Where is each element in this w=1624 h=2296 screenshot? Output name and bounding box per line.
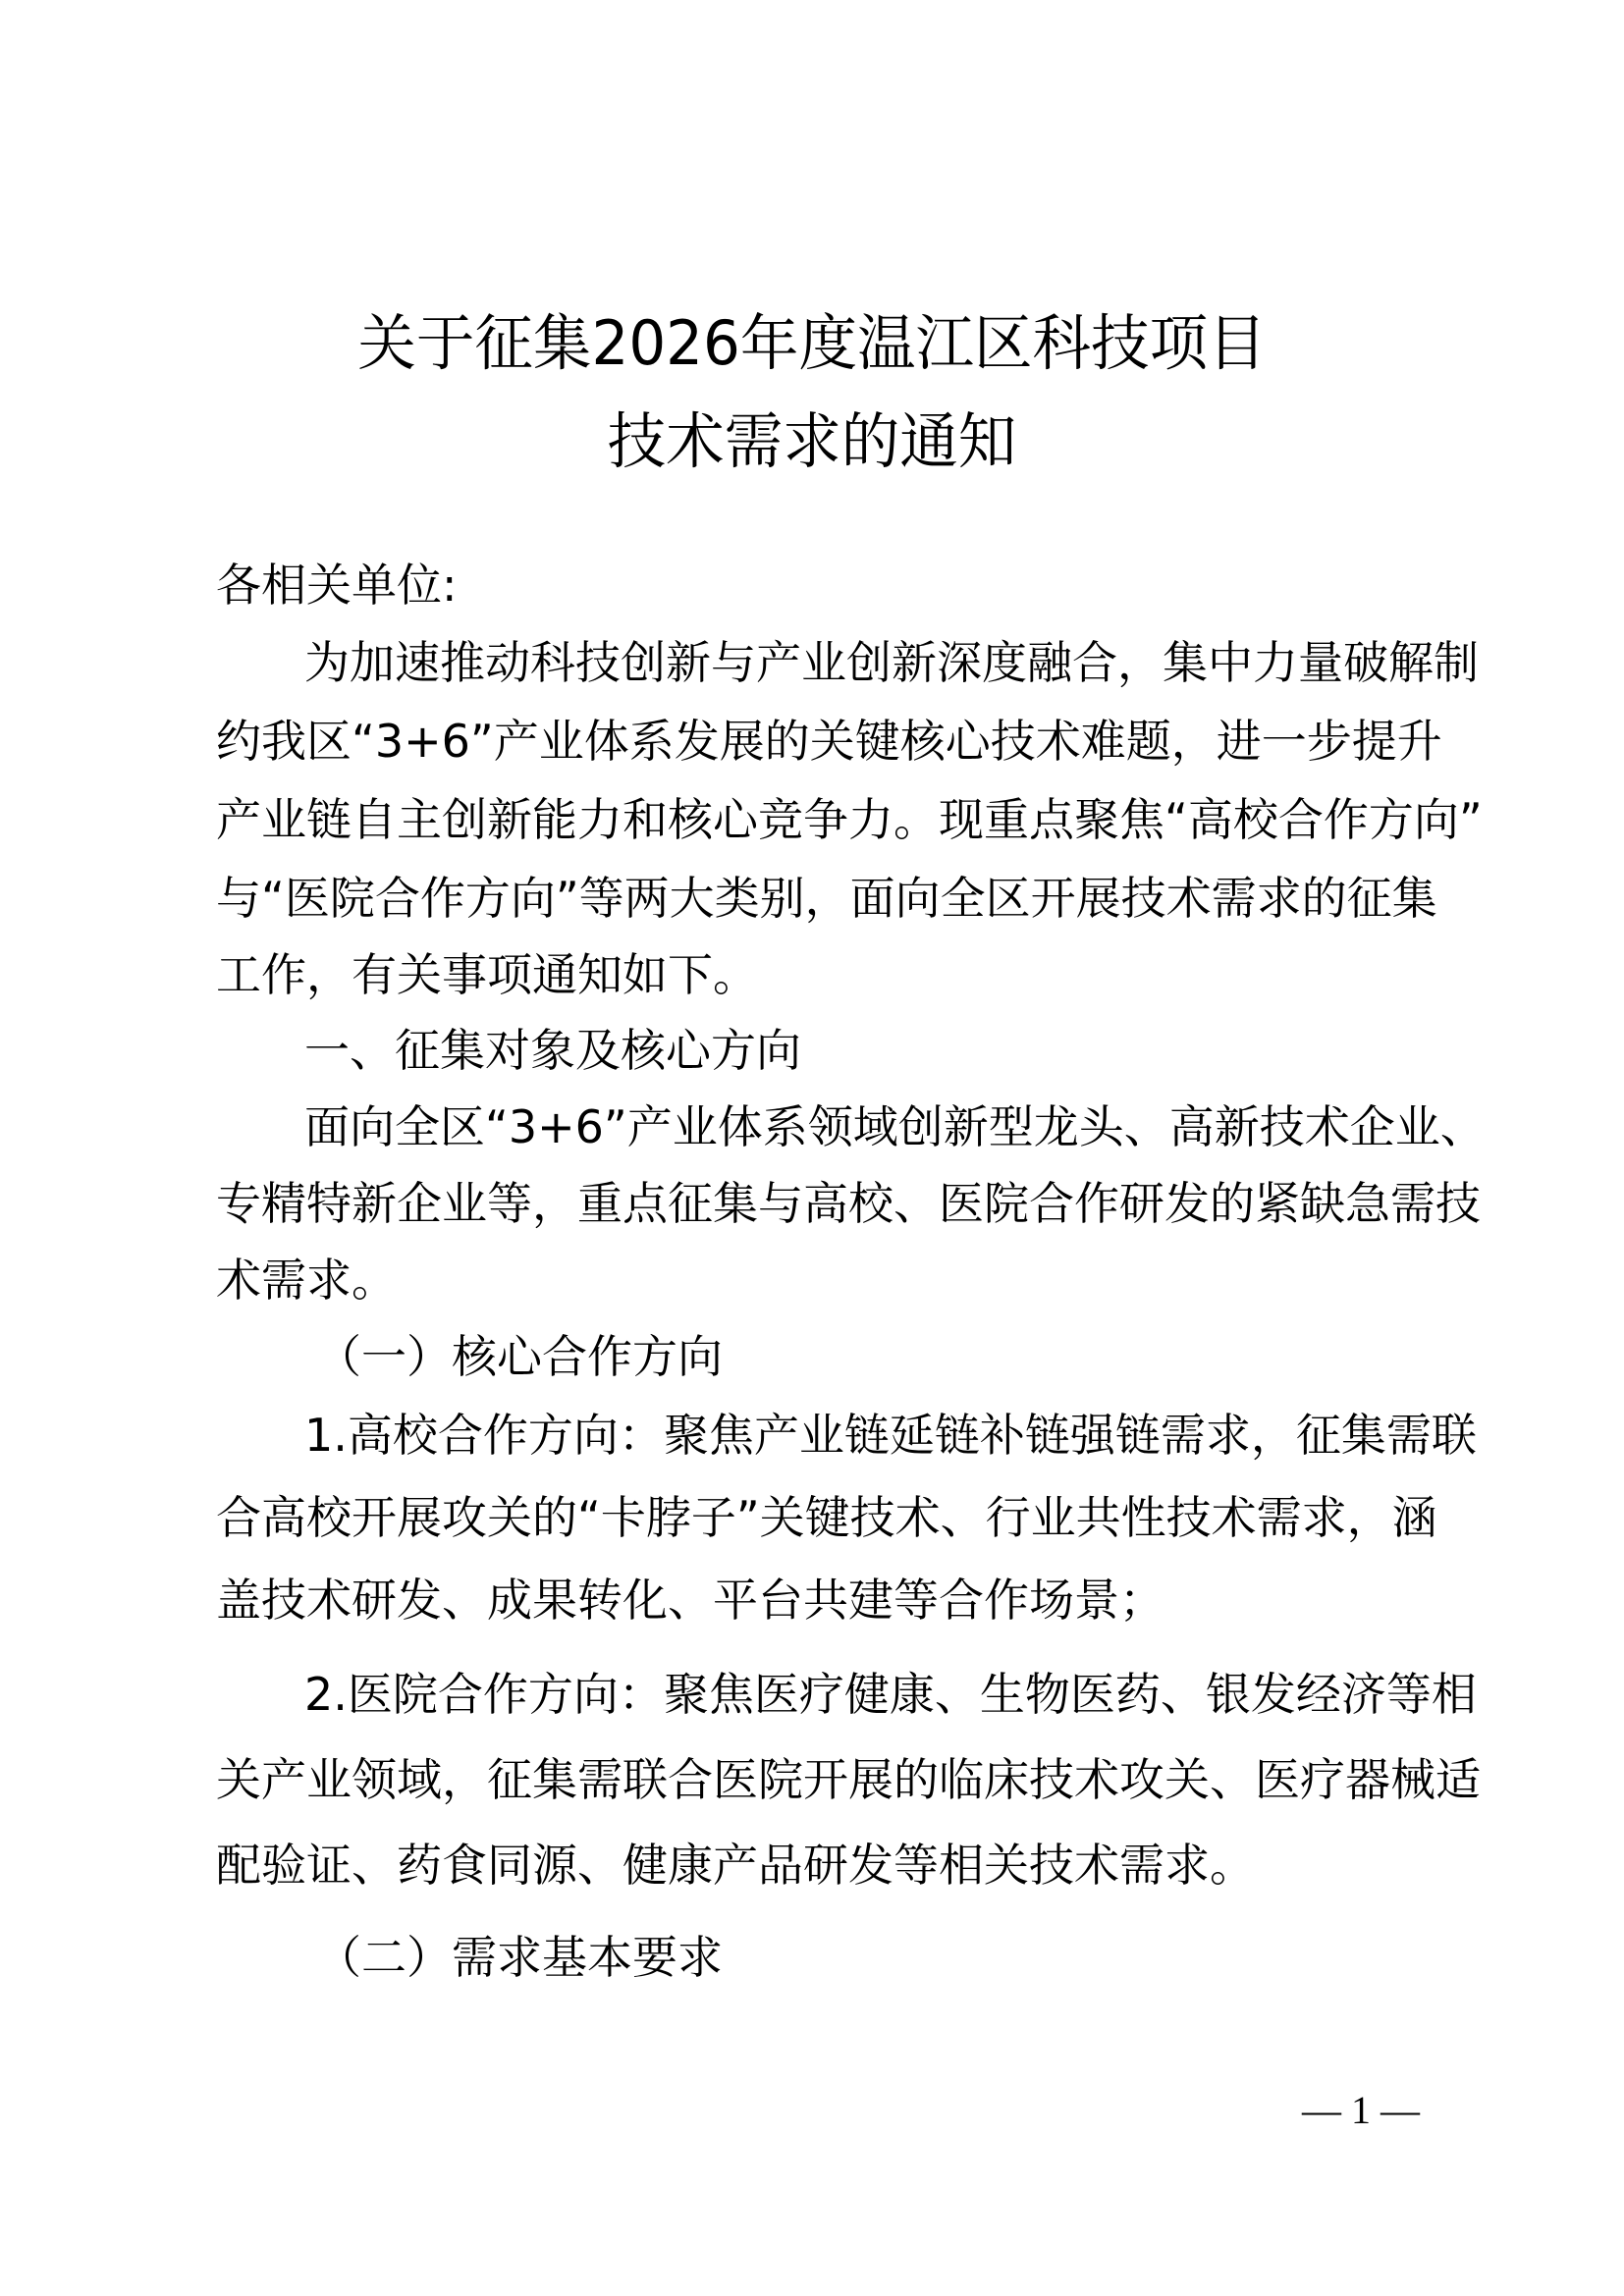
salutation: 各相关单位: xyxy=(216,556,1426,614)
item-1-line: 1.高校合作方向：聚焦产业链延链补链强链需求，征集需联 xyxy=(304,1406,1426,1465)
subsection-1-heading: （一）核心合作方向 xyxy=(316,1327,1426,1386)
item-1-line: 合高校开展攻关的“卡脖子”关键技术、行业共性技术需求，涵 xyxy=(216,1488,1426,1547)
section-1-body-line: 术需求。 xyxy=(216,1251,1426,1309)
intro-paragraph-line: 工作，有关事项通知如下。 xyxy=(216,945,1426,1004)
item-2-line: 配验证、药食同源、健康产品研发等相关技术需求。 xyxy=(216,1836,1426,1895)
document-title-line-1: 关于征集2026年度温江区科技项目 xyxy=(32,304,1592,383)
item-2-line: 2.医院合作方向：聚焦医疗健康、生物医药、银发经济等相 xyxy=(304,1665,1426,1724)
intro-paragraph-line: 产业链自主创新能力和核心竞争力。现重点聚焦“高校合作方向” xyxy=(216,790,1426,849)
section-1-heading: 一、征集对象及核心方向 xyxy=(304,1021,1426,1080)
intro-paragraph-line: 约我区“3+6”产业体系发展的关键核心技术难题，进一步提升 xyxy=(216,712,1426,771)
intro-paragraph-line: 与“医院合作方向”等两大类别，面向全区开展技术需求的征集 xyxy=(216,869,1426,928)
section-1-body-line: 专精特新企业等，重点征集与高校、医院合作研发的紧缺急需技 xyxy=(216,1174,1426,1233)
page-number: — 1 — xyxy=(1292,2089,1430,2132)
section-1-body-line: 面向全区“3+6”产业体系领域创新型龙头、高新技术企业、 xyxy=(304,1097,1426,1156)
item-1-line: 盖技术研发、成果转化、平台共建等合作场景； xyxy=(216,1571,1426,1629)
item-2-line: 关产业领域，征集需联合医院开展的临床技术攻关、医疗器械适 xyxy=(216,1750,1426,1809)
intro-paragraph-line: 为加速推动科技创新与产业创新深度融合，集中力量破解制 xyxy=(304,633,1426,692)
document-title-line-2: 技术需求的通知 xyxy=(32,402,1592,481)
subsection-2-heading: （二）需求基本要求 xyxy=(316,1928,1426,1987)
document-page: 关于征集2026年度温江区科技项目 技术需求的通知 各相关单位: 为加速推动科技… xyxy=(0,0,1624,2296)
